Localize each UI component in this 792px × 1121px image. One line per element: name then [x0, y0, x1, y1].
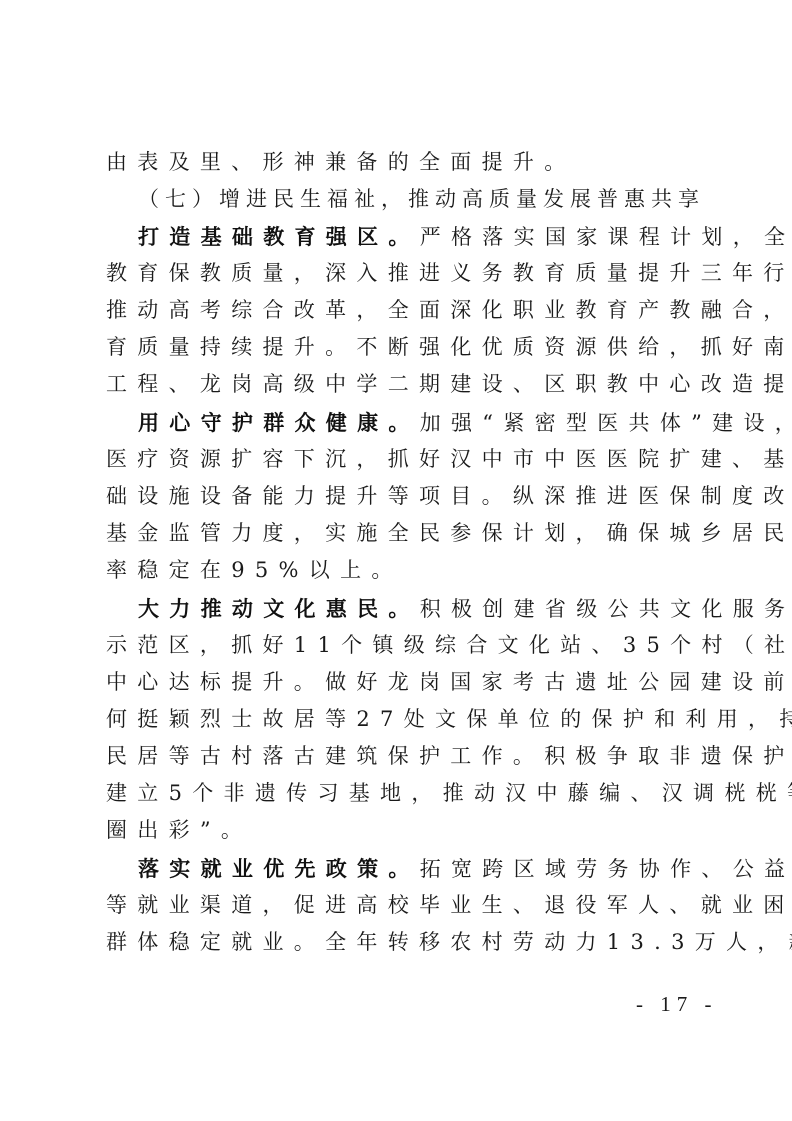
paragraph-lead-heading: 用心守护群众健康。 — [138, 410, 420, 435]
paragraph-line: 基金监管力度，实施全民参保计划，确保城乡居民基本医保参保 — [106, 515, 706, 552]
paragraph-line: 民居等古村落古建筑保护工作。积极争取非遗保护传承专项资金， — [106, 738, 706, 775]
paragraph-line: 率稳定在95%以上。 — [106, 552, 706, 589]
page-number: - 17 - — [636, 992, 718, 1017]
paragraph-line: 育质量持续提升。不断强化优质资源供给，抓好南郑中学改扩建 — [106, 329, 706, 366]
document-page: 由表及里、形神兼备的全面提升。 （七）增进民生福祉，推动高质量发展普惠共享 打造… — [0, 0, 792, 1121]
paragraph-line: 等就业渠道，促进高校毕业生、退役军人、就业困难人员等重点 — [106, 887, 706, 924]
paragraph-line: 大力推动文化惠民。积极创建省级公共文化服务高质量发展 — [138, 590, 738, 627]
paragraph-line: 工程、龙岗高级中学二期建设、区职教中心改造提升等项目。 — [106, 366, 706, 403]
paragraph-line: 中心达标提升。做好龙岗国家考古遗址公园建设前期工作，抓好 — [106, 664, 706, 701]
paragraph-line: 教育保教质量，深入推进义务教育质量提升三年行动计划，持续 — [106, 255, 706, 292]
paragraph-lead-heading: 落实就业优先政策。 — [138, 856, 420, 881]
paragraph-line: 群体稳定就业。全年转移农村劳动力13.3万人，新培育帮扶基 — [106, 924, 706, 961]
paragraph-lead-heading: 打造基础教育强区。 — [138, 224, 420, 249]
paragraph-line: 用心守护群众健康。加强“紧密型医共体”建设，推动优质 — [138, 404, 738, 441]
paragraph-line: 示范区，抓好11个镇级综合文化站、35个村（社区）文化服务 — [106, 627, 706, 664]
paragraph-text: 拓宽跨区域劳务协作、公益性岗位安置 — [420, 857, 792, 881]
paragraph-line: 推动高考综合改革，全面深化职业教育产教融合，确保各学段教 — [106, 292, 706, 329]
paragraph-line: 医疗资源扩容下沉，抓好汉中市中医医院扩建、基层医疗机构基 — [106, 441, 706, 478]
paragraph-text: 严格落实国家课程计划，全力提升学前 — [420, 225, 792, 249]
section-heading: （七）增进民生福祉，推动高质量发展普惠共享 — [138, 181, 738, 218]
paragraph-lead-heading: 大力推动文化惠民。 — [138, 596, 420, 621]
paragraph-line: 落实就业优先政策。拓宽跨区域劳务协作、公益性岗位安置 — [138, 850, 738, 887]
paragraph-line: 建立5个非遗传习基地，推动汉中藤编、汉调桄桄等非遗文化“出 — [106, 775, 706, 812]
paragraph-line: 圈出彩”。 — [106, 812, 706, 849]
paragraph-line: 打造基础教育强区。严格落实国家课程计划，全力提升学前 — [138, 218, 738, 255]
paragraph-text: 积极创建省级公共文化服务高质量发展 — [420, 597, 792, 621]
paragraph-line: 何挺颖烈士故居等27处文保单位的保护和利用，持续强化颜氏 — [106, 701, 706, 738]
paragraph-line: 由表及里、形神兼备的全面提升。 — [106, 144, 706, 181]
paragraph-text: 加强“紧密型医共体”建设，推动优质 — [420, 411, 792, 435]
paragraph-line: 础设施设备能力提升等项目。纵深推进医保制度改革，加大医保 — [106, 478, 706, 515]
